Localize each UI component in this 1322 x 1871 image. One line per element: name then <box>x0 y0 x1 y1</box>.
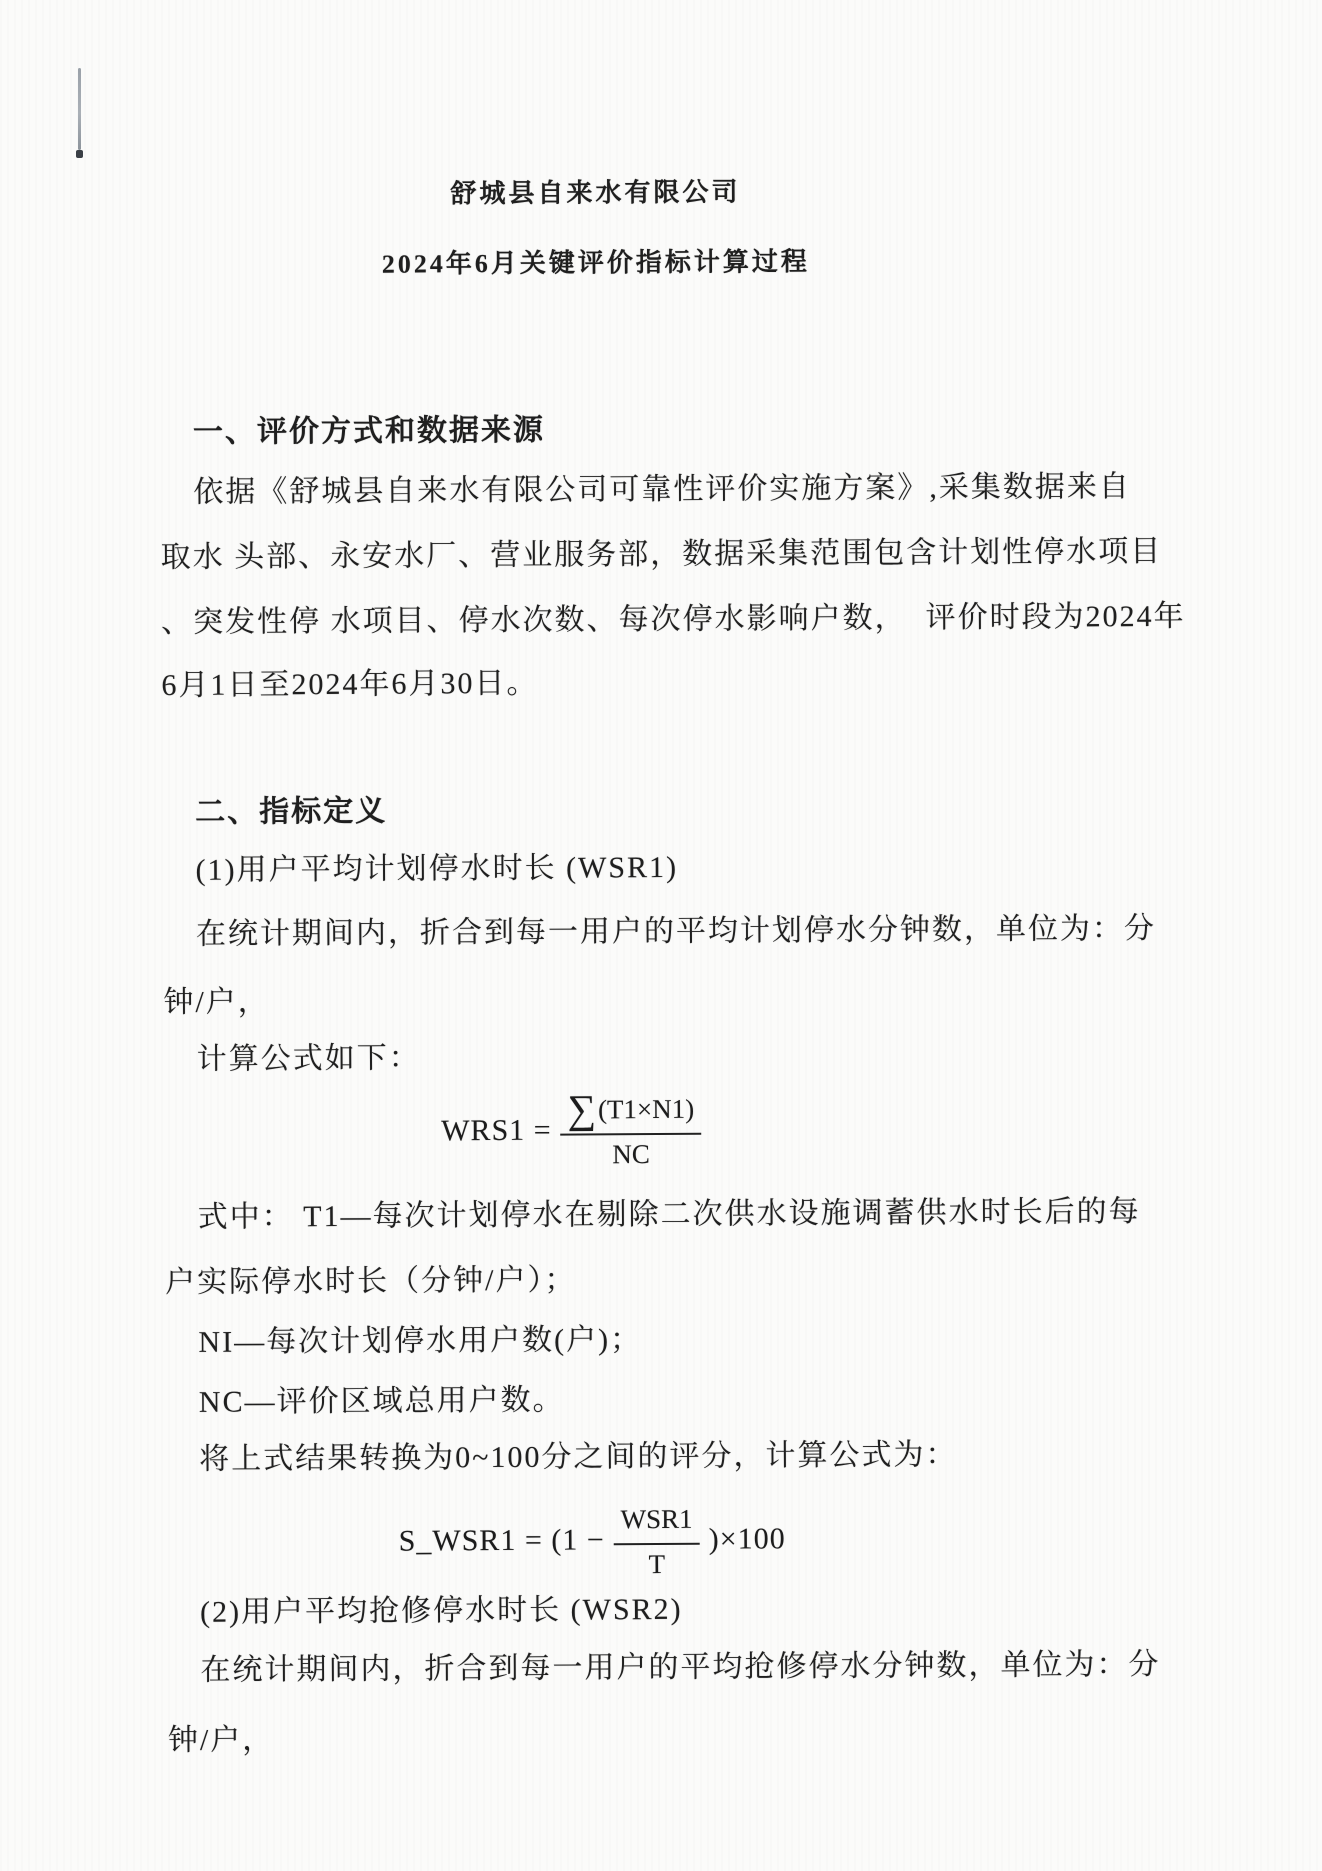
document-title-subject: 2024年6月关键评价指标计算过程 <box>0 230 1196 297</box>
formula-s-wsr1-lhs: S_WSR1 = (1 − <box>399 1523 605 1558</box>
section1-paragraph-line4: 6月1日至2024年6月30日。 <box>161 654 538 716</box>
section1-paragraph-line1: 依据《舒城县自来水有限公司可靠性评价实施方案》,采集数据来自 <box>193 457 1131 523</box>
section1-paragraph-line3: 、突发性停 水项目、停水次数、每次停水影响户数， 评价时段为2024年 <box>161 587 1186 653</box>
section2-heading: 二、指标定义 <box>195 782 387 843</box>
formula-wrs1-denominator: NC <box>612 1135 650 1171</box>
formula1-explanation-line4: NC—评价区域总用户数。 <box>199 1371 565 1433</box>
formula-wrs1-lhs: WRS1 = <box>441 1113 552 1148</box>
formula1-explanation-line1: 式中： T1—每次计划停水在剔除二次供水设施调蓄供水时长后的每 <box>198 1182 1141 1248</box>
formula-wrs1-fraction: ∑(T1×N1) NC <box>560 1088 701 1172</box>
indicator2-title: (2)用户平均抢修停水时长 (WSR2) <box>200 1580 683 1643</box>
document-title-company: 舒城县自来水有限公司 <box>0 160 1196 227</box>
indicator1-definition-line1: 在统计期间内，折合到每一用户的平均计划停水分钟数，单位为：分 <box>196 899 1156 965</box>
document-content: 舒城县自来水有限公司 2024年6月关键评价指标计算过程 一、评价方式和数据来源… <box>0 0 1322 1871</box>
formula1-explanation-line3: NI—每次计划停水用户数(户)； <box>198 1310 642 1373</box>
formula-s-wsr1-denominator: T <box>649 1545 666 1581</box>
section1-paragraph-line2: 取水 头部、永安水厂、营业服务部，数据采集范围包含计划性停水项目 <box>161 522 1163 588</box>
formula-wrs1: WRS1 = ∑(T1×N1) NC <box>441 1088 702 1173</box>
score-conversion-line: 将上式结果转换为0~100分之间的评分，计算公式为： <box>199 1425 958 1490</box>
section1-heading: 一、评价方式和数据来源 <box>193 401 545 463</box>
formula1-explanation-line2: 户实际停水时长（分钟/户）； <box>165 1251 577 1314</box>
indicator2-definition-line2: 钟/户， <box>168 1710 275 1771</box>
indicator1-title: (1)用户平均计划停水时长 (WSR1) <box>195 838 678 901</box>
formula-s-wsr1-numerator: WSR1 <box>613 1498 699 1546</box>
formula-s-wsr1-rhs: )×100 <box>709 1522 786 1556</box>
indicator1-definition-line2: 钟/户， <box>163 972 270 1033</box>
formula-intro-line: 计算公式如下： <box>197 1028 421 1089</box>
sigma-sum-symbol: ∑ <box>567 1088 596 1130</box>
indicator2-definition-line1: 在统计期间内，折合到每一用户的平均抢修停水分钟数，单位为：分 <box>200 1635 1160 1701</box>
formula-wrs1-numerator: ∑(T1×N1) <box>560 1088 701 1136</box>
scanned-document-page: 舒城县自来水有限公司 2024年6月关键评价指标计算过程 一、评价方式和数据来源… <box>0 0 1322 1871</box>
formula-s-wsr1-fraction: WSR1 T <box>613 1498 700 1582</box>
formula-wrs1-numerator-terms: (T1×N1) <box>598 1088 694 1131</box>
formula-s-wsr1: S_WSR1 = (1 − WSR1 T )×100 <box>398 1497 785 1582</box>
